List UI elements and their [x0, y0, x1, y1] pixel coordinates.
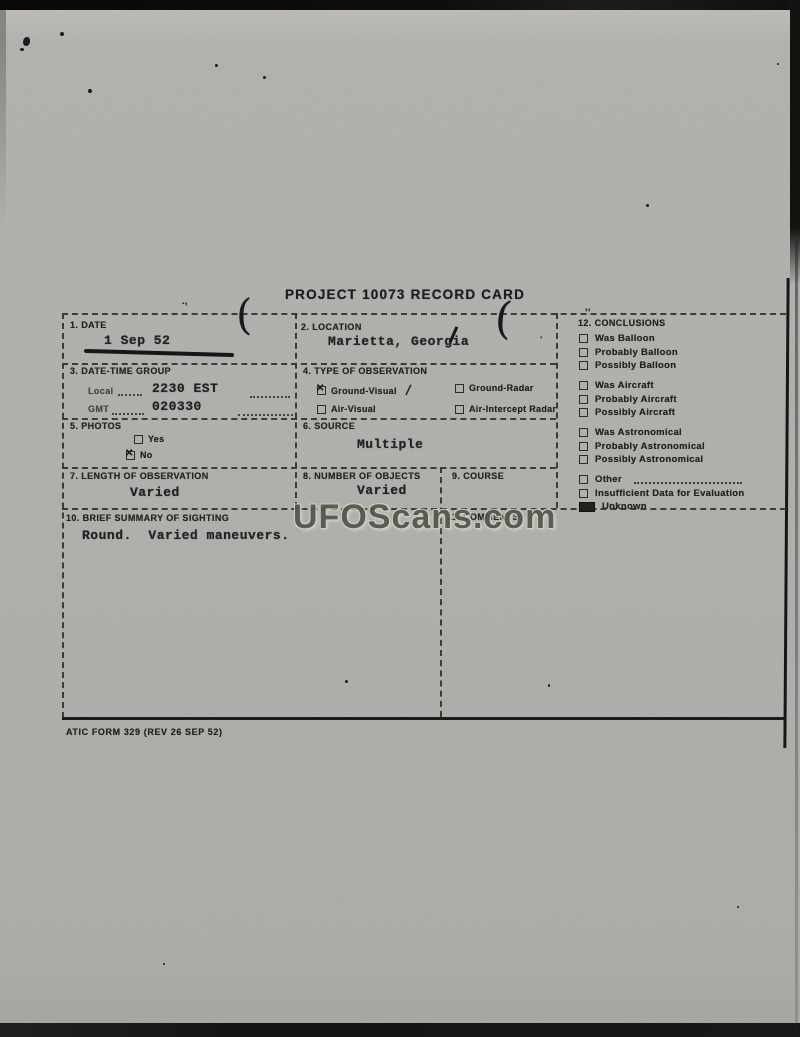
number-of-objects-label: 8. NUMBER OF OBJECTS — [303, 471, 421, 481]
row-divider — [62, 418, 556, 420]
photos-no-option: No — [126, 450, 153, 460]
conclusion-item: Was Balloon — [579, 333, 784, 344]
air-visual-checkbox — [317, 405, 326, 414]
smudge-mark: . — [540, 330, 543, 340]
ground-visual-checkbox — [317, 386, 326, 395]
ground-radar-checkbox — [455, 384, 464, 393]
date-time-group-label: 3. DATE-TIME GROUP — [70, 366, 171, 376]
card-border-bottom — [62, 717, 786, 720]
conclusion-label: Probably Balloon — [595, 347, 678, 358]
possibly-astronomical-checkbox — [579, 455, 588, 464]
watermark: UFOScans.com — [293, 498, 556, 537]
conclusion-label: Probably Aircraft — [595, 394, 677, 405]
conclusion-item: Was Astronomical — [579, 427, 784, 438]
handwritten-tick: / — [405, 383, 412, 399]
scanned-page: PROJECT 10073 RECORD CARD ( ( ., ,, . 1.… — [0, 0, 800, 1037]
insufficient-data-checkbox — [579, 489, 588, 498]
photos-yes-label: Yes — [148, 434, 164, 444]
gmt-label: GMT — [88, 404, 109, 414]
source-value: Multiple — [357, 437, 423, 452]
type-of-observation-label: 4. TYPE OF OBSERVATION — [303, 366, 427, 376]
unknown-checkbox — [579, 502, 595, 512]
conclusion-item: Possibly Aircraft — [579, 407, 784, 418]
conclusion-item: Insufficient Data for Evaluation — [579, 488, 784, 499]
date-value: 1 Sep 52 — [104, 333, 170, 348]
air-intercept-radar-label: Air-Intercept Radar — [469, 404, 556, 414]
conclusion-label: Was Balloon — [595, 333, 655, 344]
conclusion-label: Probably Astronomical — [595, 441, 705, 452]
conclusion-label: Possibly Balloon — [595, 360, 676, 371]
conclusion-item: Probably Balloon — [579, 347, 784, 358]
length-of-observation-value: Varied — [130, 485, 180, 500]
dotted-leader — [238, 408, 293, 416]
brief-summary-value: Round. Varied maneuvers. — [82, 528, 290, 543]
card-title: PROJECT 10073 RECORD CARD — [240, 287, 570, 302]
ground-visual-label: Ground-Visual — [331, 386, 397, 396]
probably-balloon-checkbox — [579, 348, 588, 357]
conclusion-label: Possibly Astronomical — [595, 454, 703, 465]
local-label: Local — [88, 386, 114, 396]
handwritten-paren: ( — [493, 292, 515, 344]
dotted-leader — [634, 476, 742, 484]
was-astronomical-checkbox — [579, 428, 588, 437]
date-label: 1. DATE — [70, 320, 107, 330]
row-divider — [62, 363, 556, 365]
conclusion-label: Was Aircraft — [595, 380, 654, 391]
conclusion-label: Unknown — [602, 501, 647, 512]
brief-summary-label: 10. BRIEF SUMMARY OF SIGHTING — [66, 513, 229, 523]
air-intercept-radar-option: Air-Intercept Radar — [455, 404, 556, 414]
course-label: 9. COURSE — [452, 471, 504, 481]
ground-radar-label: Ground-Radar — [469, 383, 534, 393]
conclusion-item: Was Aircraft — [579, 380, 784, 391]
location-label: 2. LOCATION — [301, 322, 362, 332]
possibly-aircraft-checkbox — [579, 408, 588, 417]
conclusion-item: Other — [579, 474, 784, 485]
local-time-value: 2230 EST — [152, 381, 218, 396]
conclusions-list: Was Balloon Probably Balloon Possibly Ba… — [579, 333, 784, 515]
length-of-observation-label: 7. LENGTH OF OBSERVATION — [70, 471, 209, 481]
dotted-leader — [112, 407, 144, 415]
probably-aircraft-checkbox — [579, 395, 588, 404]
conclusion-label: Was Astronomical — [595, 427, 682, 438]
photos-no-checkbox — [126, 451, 135, 460]
air-visual-label: Air-Visual — [331, 404, 376, 414]
dotted-leader — [250, 390, 290, 398]
photos-yes-option: Yes — [134, 434, 164, 444]
number-of-objects-value: Varied — [357, 483, 407, 498]
handwritten-paren: ( — [236, 290, 252, 339]
conclusion-item: Possibly Balloon — [579, 360, 784, 371]
conclusion-label: Insufficient Data for Evaluation — [595, 488, 744, 499]
row-divider — [62, 467, 556, 469]
conclusions-label: 12. CONCLUSIONS — [578, 318, 666, 328]
conclusion-item: Possibly Astronomical — [579, 454, 784, 465]
probably-astronomical-checkbox — [579, 442, 588, 451]
column-divider — [295, 313, 297, 508]
ground-radar-option: Ground-Radar — [455, 383, 534, 393]
card-border-right — [783, 278, 789, 748]
card-border-top — [62, 313, 786, 315]
conclusion-label: Possibly Aircraft — [595, 407, 675, 418]
conclusion-label: Other — [595, 474, 622, 485]
conclusion-item: Probably Astronomical — [579, 441, 784, 452]
smudge-mark: ,, — [585, 302, 591, 312]
source-label: 6. SOURCE — [303, 421, 355, 431]
was-balloon-checkbox — [579, 334, 588, 343]
conclusion-item: Unknown — [579, 501, 784, 512]
photos-label: 5. PHOTOS — [70, 421, 121, 431]
gmt-time-value: 020330 — [152, 399, 202, 414]
photos-yes-checkbox — [134, 435, 143, 444]
was-aircraft-checkbox — [579, 381, 588, 390]
possibly-balloon-checkbox — [579, 361, 588, 370]
column-divider — [556, 313, 558, 508]
card-border-left — [62, 313, 64, 718]
smudge-mark: ., — [182, 296, 188, 306]
conclusion-item: Probably Aircraft — [579, 394, 784, 405]
form-number: ATIC FORM 329 (REV 26 SEP 52) — [66, 727, 223, 737]
photos-no-label: No — [140, 450, 153, 460]
dotted-leader — [118, 388, 142, 396]
air-intercept-radar-checkbox — [455, 405, 464, 414]
air-visual-option: Air-Visual — [317, 404, 376, 414]
ground-visual-option: Ground-Visual / — [317, 383, 411, 398]
other-checkbox — [579, 475, 588, 484]
handwritten-underline — [84, 349, 234, 357]
